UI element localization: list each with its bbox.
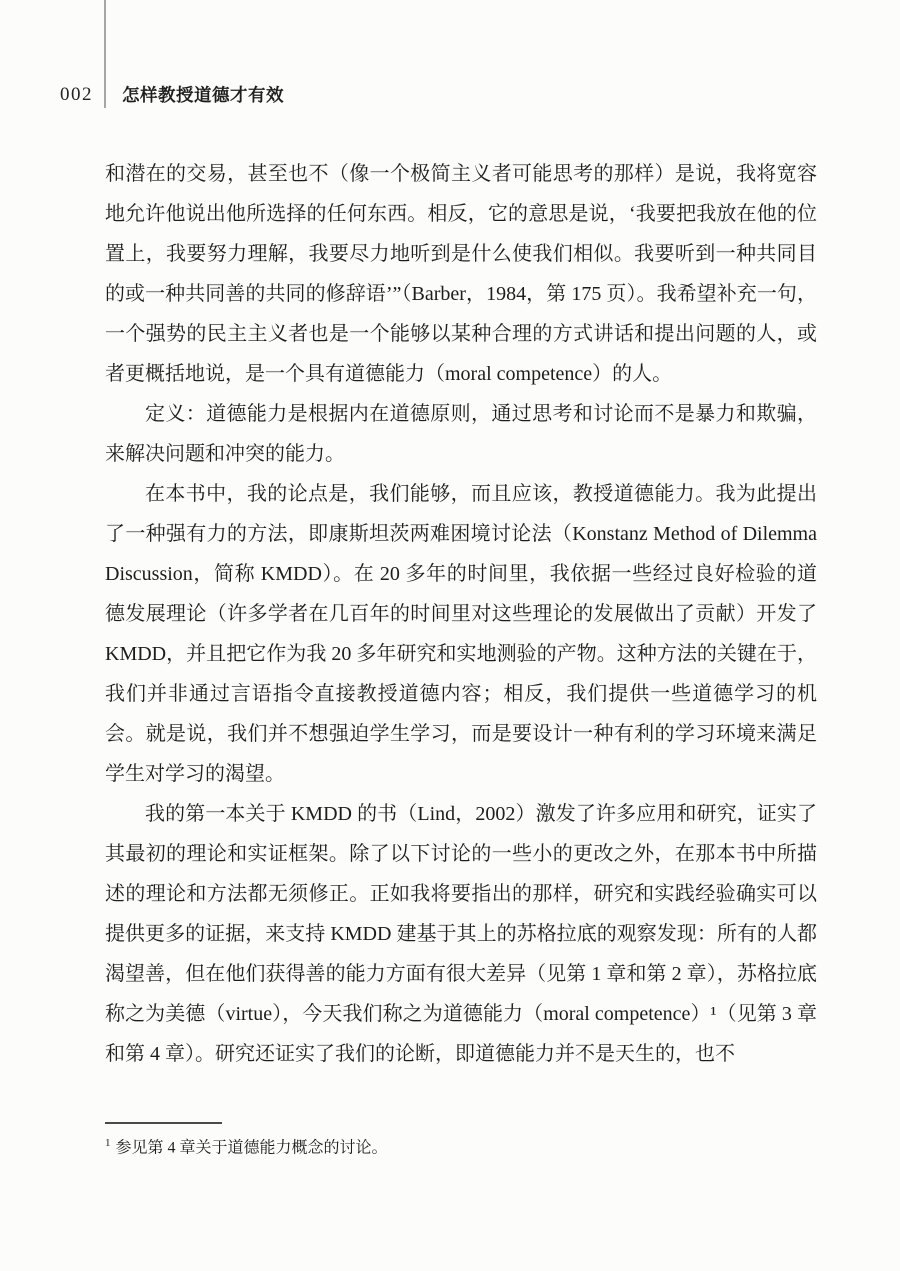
book-title: 怎样教授道德才有效 [122, 82, 284, 107]
footnote-divider [105, 1122, 222, 1124]
body-text-column: 和潜在的交易，甚至也不（像一个极简主义者可能思考的那样）是说，我将宽容地允许他说… [105, 154, 817, 1074]
paragraph-continued: 和潜在的交易，甚至也不（像一个极简主义者可能思考的那样）是说，我将宽容地允许他说… [105, 154, 817, 394]
paragraph-definition: 定义：道德能力是根据内在道德原则，通过思考和讨论而不是暴力和欺骗，来解决问题和冲… [105, 394, 817, 474]
paragraph-thesis-kmdd: 在本书中，我的论点是，我们能够，而且应该，教授道德能力。我为此提出了一种强有力的… [105, 474, 817, 794]
footnote-block: 1参见第 4 章关于道德能力概念的讨论。 [105, 1122, 817, 1161]
footnote-text: 参见第 4 章关于道德能力概念的讨论。 [116, 1139, 388, 1156]
page-number: 002 [60, 84, 93, 106]
header-divider-rule [104, 0, 106, 108]
book-page: 002 怎样教授道德才有效 和潜在的交易，甚至也不（像一个极简主义者可能思考的那… [0, 0, 900, 1271]
footnote: 1参见第 4 章关于道德能力概念的讨论。 [105, 1130, 817, 1161]
paragraph-first-kmdd-book: 我的第一本关于 KMDD 的书（Lind，2002）激发了许多应用和研究，证实了… [105, 794, 817, 1074]
footnote-marker: 1 [105, 1137, 111, 1149]
